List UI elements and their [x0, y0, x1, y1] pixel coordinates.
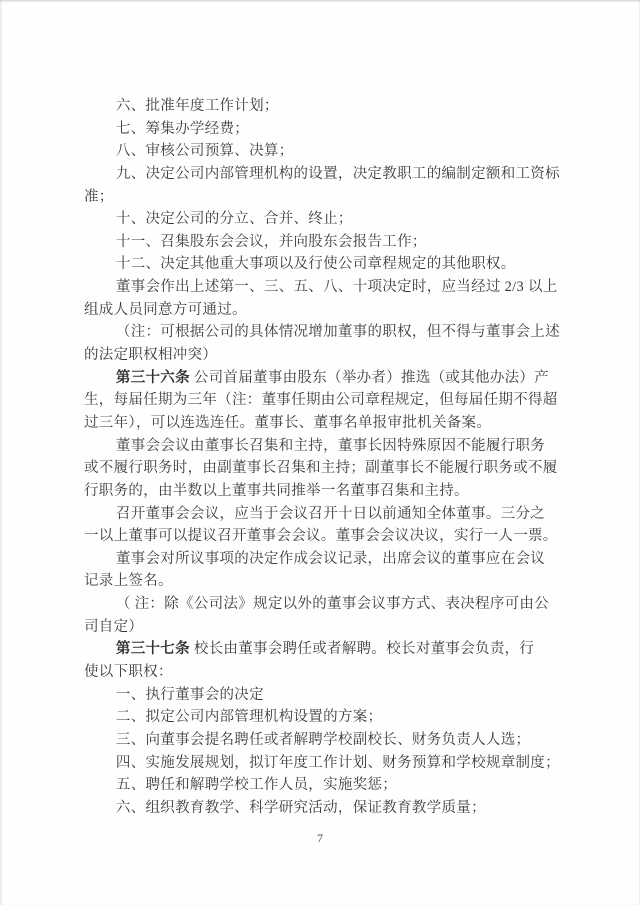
article-number: 第三十七条	[116, 641, 190, 657]
page-number: 7	[0, 831, 640, 846]
text-line: 准；	[84, 186, 564, 209]
text-line: 或不履行职务时，由副董事长召集和主持；副董事长不能履行职务或不履	[84, 457, 564, 480]
text-line: 记录上签名。	[84, 570, 564, 593]
text-line: 过三年），可以连选连任。董事长、董事名单报审批机关备案。	[84, 412, 564, 435]
text-line: 第三十七条 校长由董事会聘任或者解聘。校长对董事会负责，行	[84, 638, 564, 661]
text-line: 使以下职权：	[84, 661, 564, 684]
article-number: 第三十六条	[116, 370, 190, 386]
text-line: 二、拟定公司内部管理机构设置的方案；	[84, 706, 564, 729]
text-line: 六、组织教育教学、科学研究活动，保证教育教学质量；	[84, 797, 564, 820]
text-line: 行职务的，由半数以上董事共同推举一名董事召集和主持。	[84, 480, 564, 503]
text-line: 召开董事会会议，应当于会议召开十日以前通知全体董事。三分之	[84, 503, 564, 526]
text-line: 九、决定公司内部管理机构的设置，决定教职工的编制定额和工资标	[84, 163, 564, 186]
text-line: 十二、决定其他重大事项以及行使公司章程规定的其他职权。	[84, 253, 564, 276]
text-line: 第三十六条 公司首届董事由股东（举办者）推选（或其他办法）产	[84, 367, 564, 390]
text-line: 生，每届任期为三年（注：董事任期由公司章程规定，但每届任期不得超	[84, 389, 564, 412]
text-line: 五、聘任和解聘学校工作人员，实施奖惩；	[84, 774, 564, 797]
text-line: 的法定职权相冲突）	[84, 344, 564, 367]
text-line: 十一、召集股东会会议，并向股东会报告工作；	[84, 231, 564, 254]
text-line: 董事会对所议事项的决定作成会议记录，出席会议的董事应在会议	[84, 548, 564, 571]
text-line: 司自定）	[84, 616, 564, 639]
text-line: 董事会会议由董事长召集和主持，董事长因特殊原因不能履行职务	[84, 435, 564, 458]
text-line: 一以上董事可以提议召开董事会会议。董事会会议决议，实行一人一票。	[84, 525, 564, 548]
text-line: 八、审核公司预算、决算；	[84, 140, 564, 163]
text-line: 六、批准年度工作计划；	[84, 95, 564, 118]
text-line: 七、筹集办学经费；	[84, 118, 564, 141]
text-line: （注：可根据公司的具体情况增加董事的职权，但不得与董事会上述	[84, 321, 564, 344]
text-line: 三、向董事会提名聘任或者解聘学校副校长、财务负责人人选；	[84, 729, 564, 752]
text-line: 四、实施发展规划，拟订年度工作计划、财务预算和学校规章制度；	[84, 752, 564, 775]
text-line: 董事会作出上述第一、三、五、八、十项决定时，应当经过 2/3 以上	[84, 276, 564, 299]
text-line: 组成人员同意方可通过。	[84, 299, 564, 322]
text-line: （ 注：除《公司法》规定以外的董事会议事方式、表决程序可由公	[84, 593, 564, 616]
text-line: 一、执行董事会的决定	[84, 684, 564, 707]
document-body: 六、批准年度工作计划；七、筹集办学经费；八、审核公司预算、决算；九、决定公司内部…	[84, 95, 564, 820]
document-page: 六、批准年度工作计划；七、筹集办学经费；八、审核公司预算、决算；九、决定公司内部…	[0, 0, 640, 905]
text-line: 十、决定公司的分立、合并、终止；	[84, 208, 564, 231]
